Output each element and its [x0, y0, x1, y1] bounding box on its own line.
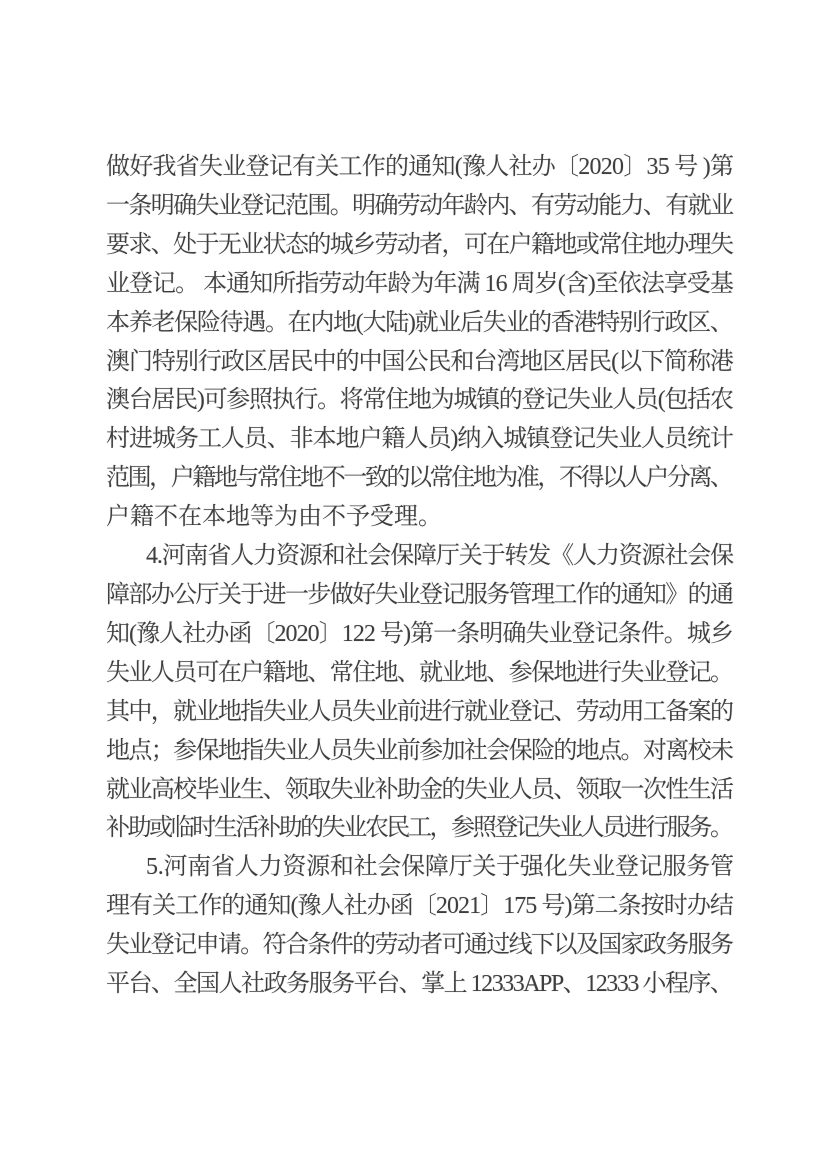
- text-line: 4.河南省人力资源和社会保障厅关于转发《人力资源社会保: [106, 537, 734, 576]
- text-line: 失业登记申请。符合条件的劳动者可通过线下以及国家政务服务: [106, 926, 734, 965]
- text-line: 本养老保险待遇。在内地(大陆)就业后失业的香港特别行政区、: [106, 304, 734, 343]
- document-text-block: 做好我省失业登记有关工作的通知(豫人社办〔2020〕35 号 )第 一条明确失业…: [106, 148, 734, 1004]
- text-line: 其中，就业地指失业人员失业前进行就业登记、劳动用工备案的: [106, 693, 734, 732]
- text-line: 一条明确失业登记范围。明确劳动年龄内、有劳动能力、有就业: [106, 187, 734, 226]
- text-line: 补助或临时生活补助的失业农民工，参照登记失业人员进行服务。: [106, 809, 734, 848]
- text-line: 业登记。 本通知所指劳动年龄为年满 16 周岁(含)至依法享受基: [106, 265, 734, 304]
- text-line: 户籍不在本地等为由不予受理。: [106, 498, 734, 537]
- text-line: 理有关工作的通知(豫人社办函〔2021〕175 号)第二条按时办结: [106, 887, 734, 926]
- text-line: 知(豫人社办函〔2020〕122 号)第一条明确失业登记条件。城乡: [106, 615, 734, 654]
- text-line: 做好我省失业登记有关工作的通知(豫人社办〔2020〕35 号 )第: [106, 148, 734, 187]
- text-line: 就业高校毕业生、领取失业补助金的失业人员、领取一次性生活: [106, 771, 734, 810]
- text-line: 村进城务工人员、非本地户籍人员)纳入城镇登记失业人员统计: [106, 420, 734, 459]
- text-line: 澳台居民)可参照执行。将常住地为城镇的登记失业人员(包括农: [106, 381, 734, 420]
- text-line: 障部办公厅关于进一步做好失业登记服务管理工作的通知》的通: [106, 576, 734, 615]
- text-line: 地点；参保地指失业人员失业前参加社会保险的地点。对离校未: [106, 732, 734, 771]
- text-line: 澳门特别行政区居民中的中国公民和台湾地区居民(以下简称港: [106, 343, 734, 382]
- text-line: 要求、处于无业状态的城乡劳动者，可在户籍地或常住地办理失: [106, 226, 734, 265]
- text-line: 5.河南省人力资源和社会保障厅关于强化失业登记服务管: [106, 848, 734, 887]
- text-line: 范围，户籍地与常住地不一致的以常住地为准，不得以人户分离、: [106, 459, 734, 498]
- document-page: 做好我省失业登记有关工作的通知(豫人社办〔2020〕35 号 )第 一条明确失业…: [0, 0, 826, 1168]
- text-line: 失业人员可在户籍地、常住地、就业地、参保地进行失业登记。: [106, 654, 734, 693]
- text-line: 平台、全国人社政务服务平台、掌上 12333APP、12333 小程序、: [106, 965, 734, 1004]
